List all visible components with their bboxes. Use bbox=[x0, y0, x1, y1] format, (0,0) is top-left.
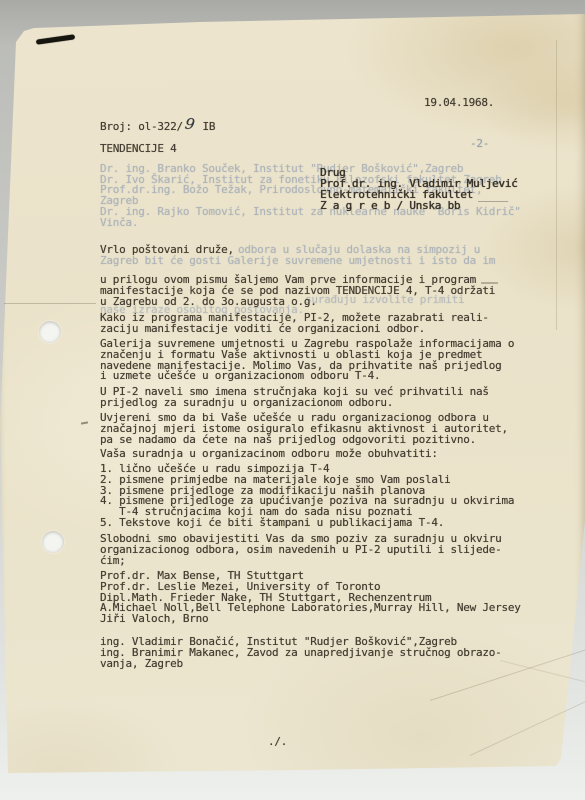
paragraph-intro: u prilogu ovom pismu šaljemo Vam prve in… bbox=[100, 275, 495, 307]
paragraph-program: Kako iz programa manifestacije, PI-2, mo… bbox=[100, 313, 489, 335]
paragraph-cooperation-lead: Vaša suradnja u organizacinom odboru mož… bbox=[100, 449, 438, 460]
paragraph-pi2: U PI-2 naveli smo imena stručnjaka koji … bbox=[100, 387, 489, 409]
continuation-mark: ./. bbox=[268, 737, 287, 748]
date: 19.04.1968. bbox=[424, 98, 494, 109]
paragraph-gallery: Galerija suvremene umjetnosti u Zagrebu … bbox=[100, 339, 514, 382]
bleed-through-line: Zagreb bit će gosti Galerije suvremene u… bbox=[100, 256, 495, 267]
handwritten-digit: 9 bbox=[182, 118, 197, 130]
paragraph-invitations: Slobodni smo obavijestiti Vas da smo poz… bbox=[100, 534, 501, 566]
subject-line: TENDENCIJE 4 bbox=[100, 144, 176, 155]
paragraph-conviction: Uvjereni smo da bi Vaše učešće u radu or… bbox=[100, 413, 508, 445]
invitee-list-international: Prof.dr. Max Bense, TH Stuttgart Prof.dr… bbox=[100, 571, 521, 625]
page-number-ghost: -2- bbox=[470, 139, 489, 150]
salutation: Vrlo poštovani druže, bbox=[100, 245, 234, 256]
invitee-list-domestic: ing. Vladimir Bonačić, Institut "Rudjer … bbox=[100, 637, 501, 669]
reference-suffix: IB bbox=[196, 120, 215, 133]
recipient-block: Drug Prof.dr. ing. Vladimir Muljević Ele… bbox=[320, 167, 518, 211]
punch-hole-bottom bbox=[42, 531, 64, 553]
punch-hole-top bbox=[39, 321, 61, 343]
scanned-letter-page: -2- Dr. ing. Branko Souček, Institut "Ru… bbox=[0, 0, 585, 800]
enumerated-cooperation-list: 1. lično učešće u radu simpozija T-4 2. … bbox=[100, 464, 514, 529]
reference-prefix: Broj: ol-322/ bbox=[100, 120, 183, 133]
reference-number: Broj: ol-322/9 IB bbox=[100, 120, 215, 133]
